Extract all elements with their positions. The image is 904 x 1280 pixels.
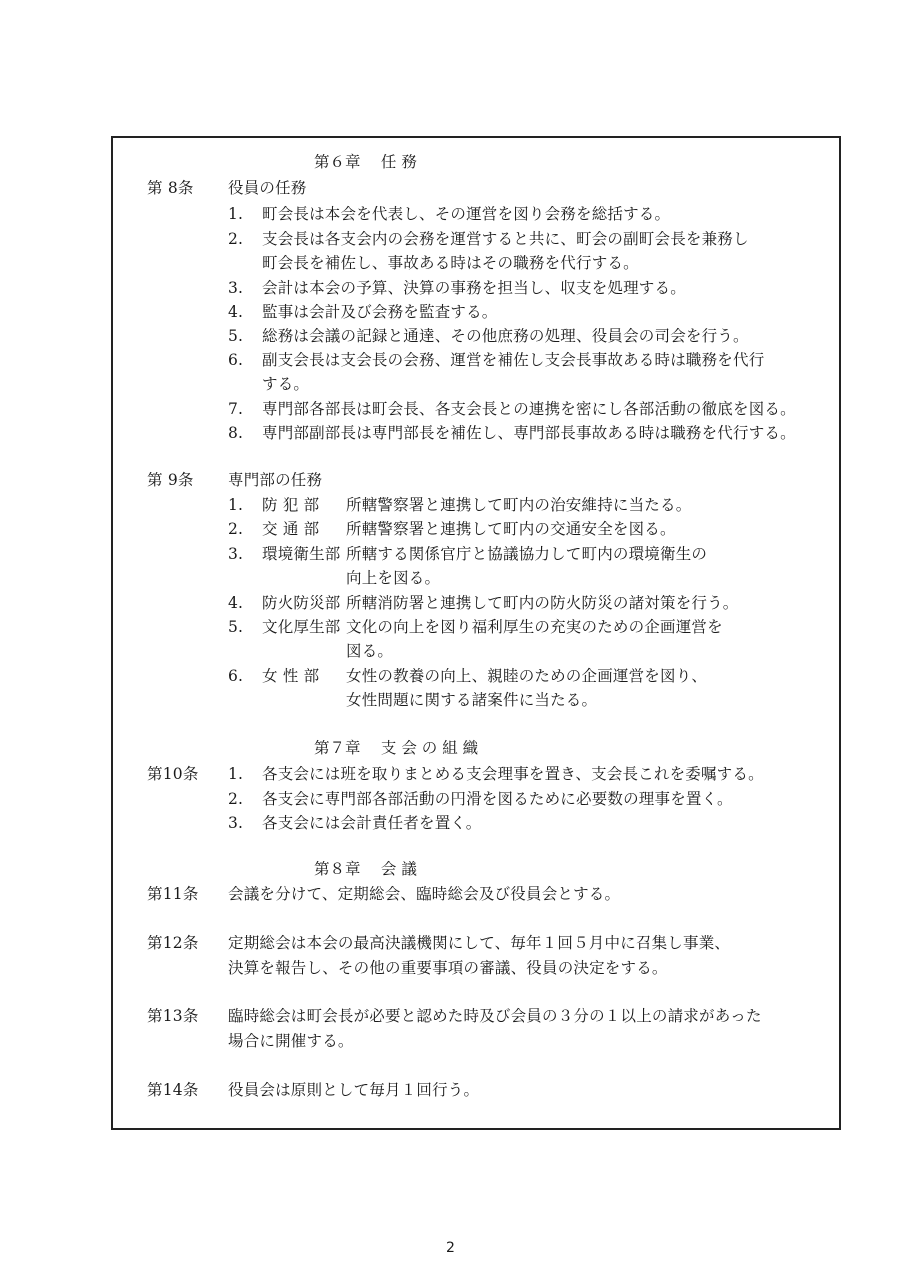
article-12-label: 第12条 (147, 933, 199, 953)
article-8-item-num: 3. (228, 278, 243, 298)
article-8-item-num: 4. (228, 302, 243, 322)
article-14-text: 役員会は原則として毎月１回行う。 (228, 1080, 479, 1100)
article-8-item-text: 総務は会議の記録と通達、その他庶務の処理、役員会の司会を行う。 (262, 326, 749, 346)
dept-name: 防 犯 部 (262, 495, 319, 515)
dept-name: 交 通 部 (262, 519, 319, 539)
dept-num: 5. (228, 617, 243, 637)
article-11-text: 会議を分けて、定期総会、臨時総会及び役員会とする。 (228, 884, 620, 904)
dept-num: 2. (228, 519, 243, 539)
dept-duty: 所轄消防署と連携して町内の防火防災の諸対策を行う。 (346, 593, 739, 613)
article-8-label: 第 8条 (147, 178, 194, 198)
dept-num: 3. (228, 544, 243, 564)
dept-name: 環境衛生部 (262, 544, 341, 564)
dept-duty-cont: 向上を図る。 (346, 568, 440, 588)
dept-name: 女 性 部 (262, 666, 319, 686)
dept-duty: 所轄警察署と連携して町内の交通安全を図る。 (346, 519, 676, 539)
chapter-6-title: 第６章 任 務 (314, 152, 417, 172)
article-8-item-text: 専門部副部長は専門部長を補佐し、専門部長事故ある時は職務を代行する。 (262, 423, 796, 443)
chapter-7-title: 第７章 支 会 の 組 織 (314, 738, 478, 758)
dept-duty: 所轄警察署と連携して町内の治安維持に当たる。 (346, 495, 691, 515)
article-10-item-num: 1. (228, 764, 243, 784)
dept-num: 6. (228, 666, 243, 686)
article-12-text: 定期総会は本会の最高決議機関にして、毎年１回５月中に召集し事業、 (228, 933, 730, 953)
article-12-cont: 決算を報告し、その他の重要事項の審議、役員の決定をする。 (228, 958, 668, 978)
article-9-label: 第 9条 (147, 470, 194, 490)
dept-duty: 女性の教養の向上、親睦のための企画運営を図り、 (346, 666, 707, 686)
dept-duty-cont: 図る。 (346, 641, 393, 661)
article-8-item-text: 会計は本会の予算、決算の事務を担当し、収支を処理する。 (262, 278, 686, 298)
article-8-item-num: 8. (228, 423, 243, 443)
article-8-item-text: 監事は会計及び会務を監査する。 (262, 302, 498, 322)
article-11-label: 第11条 (147, 884, 199, 904)
article-8-item-num: 5. (228, 326, 243, 346)
article-8-item-text: 支会長は各支会内の会務を運営すると共に、町会の副町会長を兼務し (262, 229, 749, 249)
article-8-heading: 役員の任務 (228, 178, 307, 198)
article-8-item-num: 1. (228, 204, 243, 224)
article-10-item-text: 各支会に専門部各部活動の円滑を図るために必要数の理事を置く。 (262, 789, 733, 809)
article-14-label: 第14条 (147, 1080, 199, 1100)
article-8-item-num: 7. (228, 399, 243, 419)
article-8-item-text: 町会長は本会を代表し、その運営を図り会務を総括する。 (262, 204, 670, 224)
page-number: 2 (446, 1240, 455, 1256)
article-8-item-num: 2. (228, 229, 243, 249)
article-9-heading: 専門部の任務 (228, 470, 322, 490)
article-10-item-num: 3. (228, 813, 243, 833)
article-10-item-num: 2. (228, 789, 243, 809)
article-13-cont: 場合に開催する。 (228, 1031, 354, 1051)
dept-duty: 文化の向上を図り福利厚生の充実のための企画運営を (346, 617, 723, 637)
article-10-item-text: 各支会には班を取りまとめる支会理事を置き、支会長これを委嘱する。 (262, 764, 764, 784)
article-10-label: 第10条 (147, 764, 199, 784)
article-8-item-text: 副支会長は支会長の会務、運営を補佐し支会長事故ある時は職務を代行 (262, 350, 764, 370)
dept-num: 4. (228, 593, 243, 613)
dept-name: 文化厚生部 (262, 617, 341, 637)
article-13-text: 臨時総会は町会長が必要と認めた時及び会員の３分の１以上の請求があった (228, 1006, 762, 1026)
dept-num: 1. (228, 495, 243, 515)
article-8-item-text: 専門部各部長は町会長、各支会長との連携を密にし各部活動の徹底を図る。 (262, 399, 796, 419)
dept-duty: 所轄する関係官庁と協議協力して町内の環境衛生の (346, 544, 707, 564)
article-10-item-text: 各支会には会計責任者を置く。 (262, 813, 482, 833)
article-8-item-cont: する。 (262, 374, 309, 394)
article-8-item-cont: 町会長を補佐し、事故ある時はその職務を代行する。 (262, 253, 639, 273)
chapter-8-title: 第８章 会 議 (314, 859, 417, 879)
article-13-label: 第13条 (147, 1006, 199, 1026)
dept-duty-cont: 女性問題に関する諸案件に当たる。 (346, 690, 597, 710)
dept-name: 防火防災部 (262, 593, 341, 613)
article-8-item-num: 6. (228, 350, 243, 370)
